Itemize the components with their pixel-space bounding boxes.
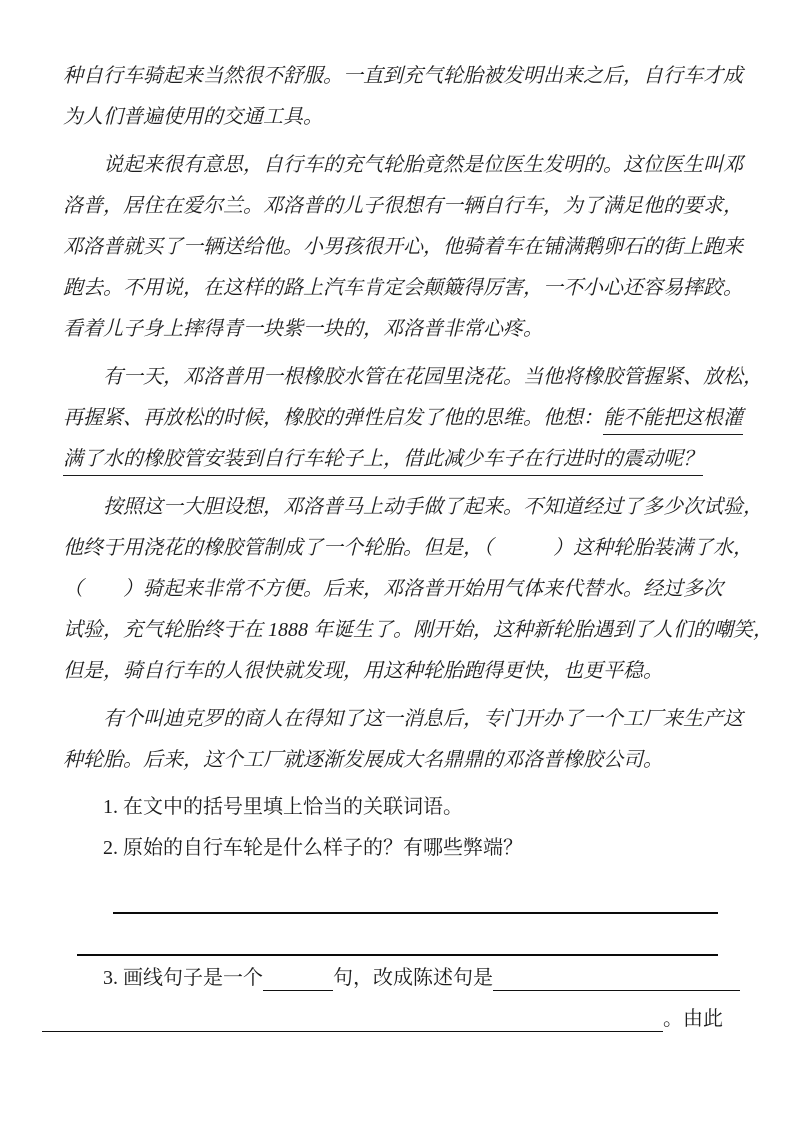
passage-text: 种自行车骑起来当然很不舒服。一直到充气轮胎被发明出来之后，自行车才成 bbox=[63, 65, 743, 87]
passage-text: 洛普，居住在爱尔兰。邓洛普的儿子很想有一辆自行车，为了满足他的要求， bbox=[63, 195, 743, 217]
passage-line: 洛普，居住在爱尔兰。邓洛普的儿子很想有一辆自行车，为了满足他的要求， bbox=[63, 186, 740, 227]
question-3-tail: 。由此 bbox=[663, 999, 723, 1040]
answer-line-2 bbox=[77, 914, 718, 956]
question-2: 2. 原始的自行车轮是什么样子的？有哪些弊端？ bbox=[63, 828, 740, 869]
passage-line: （ ）骑起来非常不方便。后来，邓洛普开始用气体来代替水。经过多次 bbox=[63, 569, 740, 610]
passage-line: 再握紧、再放松的时候，橡胶的弹性启发了他的思维。他想：能不能把这根灌 bbox=[63, 398, 740, 439]
worksheet-page: 种自行车骑起来当然很不舒服。一直到充气轮胎被发明出来之后，自行车才成为人们普遍使… bbox=[0, 0, 793, 1122]
passage-text: 为人们普遍使用的交通工具。 bbox=[63, 106, 323, 128]
passage-text: 有个叫迪克罗的商人在得知了这一消息后，专门开办了一个工厂来生产这 bbox=[103, 708, 743, 730]
passage-text: 看着儿子身上摔得青一块紫一块的，邓洛普非常心疼。 bbox=[63, 318, 543, 340]
passage-line: 按照这一大胆设想，邓洛普马上动手做了起来。不知道经过了多少次试验， bbox=[63, 487, 740, 528]
passage-line: 为人们普遍使用的交通工具。 bbox=[63, 97, 740, 138]
passage-line: 邓洛普就买了一辆送给他。小男孩很开心，他骑着车在铺满鹅卵石的街上跑来 bbox=[63, 227, 740, 268]
underlined-sentence: 能不能把这根灌 bbox=[603, 407, 743, 435]
passage-text: 邓洛普就买了一辆送给他。小男孩很开心，他骑着车在铺满鹅卵石的街上跑来 bbox=[63, 236, 743, 258]
passage-text: 说起来很有意思，自行车的充气轮胎竟然是位医生发明的。这位医生叫邓 bbox=[103, 154, 743, 176]
paragraph: 有一天，邓洛普用一根橡胶水管在花园里浇花。当他将橡胶管握紧、放松，再握紧、再放松… bbox=[63, 357, 740, 480]
question-3: 3. 画线句子是一个 句，改成陈述句是 bbox=[63, 958, 740, 999]
passage-text: （ ）骑起来非常不方便。后来，邓洛普开始用气体来代替水。经过多次 bbox=[63, 578, 723, 600]
questions-section: 1. 在文中的括号里填上恰当的关联词语。 2. 原始的自行车轮是什么样子的？有哪… bbox=[63, 787, 740, 1040]
passage-text: 试验，充气轮胎终于在 1888 年诞生了。刚开始，这种新轮胎遇到了人们的嘲笑， bbox=[63, 619, 773, 641]
paragraph: 有个叫迪克罗的商人在得知了这一消息后，专门开办了一个工厂来生产这种轮胎。后来，这… bbox=[63, 699, 740, 781]
passage-line: 种轮胎。后来，这个工厂就逐渐发展成大名鼎鼎的邓洛普橡胶公司。 bbox=[63, 740, 740, 781]
answer-line-1 bbox=[113, 869, 718, 914]
question-1: 1. 在文中的括号里填上恰当的关联词语。 bbox=[63, 787, 740, 828]
paragraph: 种自行车骑起来当然很不舒服。一直到充气轮胎被发明出来之后，自行车才成为人们普遍使… bbox=[63, 56, 740, 138]
fill-in-blank-2 bbox=[493, 990, 740, 991]
passage-line: 但是，骑自行车的人很快就发现，用这种轮胎跑得更快，也更平稳。 bbox=[63, 651, 740, 692]
passage-line: 试验，充气轮胎终于在 1888 年诞生了。刚开始，这种新轮胎遇到了人们的嘲笑， bbox=[63, 610, 740, 651]
passage-line: 有个叫迪克罗的商人在得知了这一消息后，专门开办了一个工厂来生产这 bbox=[63, 699, 740, 740]
passage-text: 跑去。不用说，在这样的路上汽车肯定会颠簸得厉害，一不小心还容易摔跤。 bbox=[63, 277, 743, 299]
question-3-continuation: 。由此 bbox=[42, 999, 740, 1040]
passage-text: 再握紧、再放松的时候，橡胶的弹性启发了他的思维。他想： bbox=[63, 407, 603, 429]
fill-in-blank-3 bbox=[42, 1031, 663, 1032]
underlined-sentence: 满了水的橡胶管安装到自行车轮子上，借此减少车子在行进时的震动呢？ bbox=[63, 448, 703, 476]
passage: 种自行车骑起来当然很不舒服。一直到充气轮胎被发明出来之后，自行车才成为人们普遍使… bbox=[63, 56, 740, 781]
paragraph: 说起来很有意思，自行车的充气轮胎竟然是位医生发明的。这位医生叫邓洛普，居住在爱尔… bbox=[63, 145, 740, 350]
question-3-text-1: 3. 画线句子是一个 bbox=[103, 958, 263, 999]
passage-line: 他终于用浇花的橡胶管制成了一个轮胎。但是，（ ）这种轮胎装满了水， bbox=[63, 528, 740, 569]
passage-text: 有一天，邓洛普用一根橡胶水管在花园里浇花。当他将橡胶管握紧、放松， bbox=[103, 366, 763, 388]
passage-line: 满了水的橡胶管安装到自行车轮子上，借此减少车子在行进时的震动呢？ bbox=[63, 439, 740, 480]
passage-line: 有一天，邓洛普用一根橡胶水管在花园里浇花。当他将橡胶管握紧、放松， bbox=[63, 357, 740, 398]
passage-line: 跑去。不用说，在这样的路上汽车肯定会颠簸得厉害，一不小心还容易摔跤。 bbox=[63, 268, 740, 309]
paragraph: 按照这一大胆设想，邓洛普马上动手做了起来。不知道经过了多少次试验，他终于用浇花的… bbox=[63, 487, 740, 692]
passage-text: 但是，骑自行车的人很快就发现，用这种轮胎跑得更快，也更平稳。 bbox=[63, 660, 663, 682]
passage-text: 种轮胎。后来，这个工厂就逐渐发展成大名鼎鼎的邓洛普橡胶公司。 bbox=[63, 749, 663, 771]
passage-text: 按照这一大胆设想，邓洛普马上动手做了起来。不知道经过了多少次试验， bbox=[103, 496, 763, 518]
passage-line: 看着儿子身上摔得青一块紫一块的，邓洛普非常心疼。 bbox=[63, 309, 740, 350]
question-3-text-2: 句，改成陈述句是 bbox=[333, 958, 493, 999]
fill-in-blank-1 bbox=[263, 990, 333, 991]
passage-line: 说起来很有意思，自行车的充气轮胎竟然是位医生发明的。这位医生叫邓 bbox=[63, 145, 740, 186]
passage-line: 种自行车骑起来当然很不舒服。一直到充气轮胎被发明出来之后，自行车才成 bbox=[63, 56, 740, 97]
passage-text: 他终于用浇花的橡胶管制成了一个轮胎。但是，（ ）这种轮胎装满了水， bbox=[63, 537, 753, 559]
